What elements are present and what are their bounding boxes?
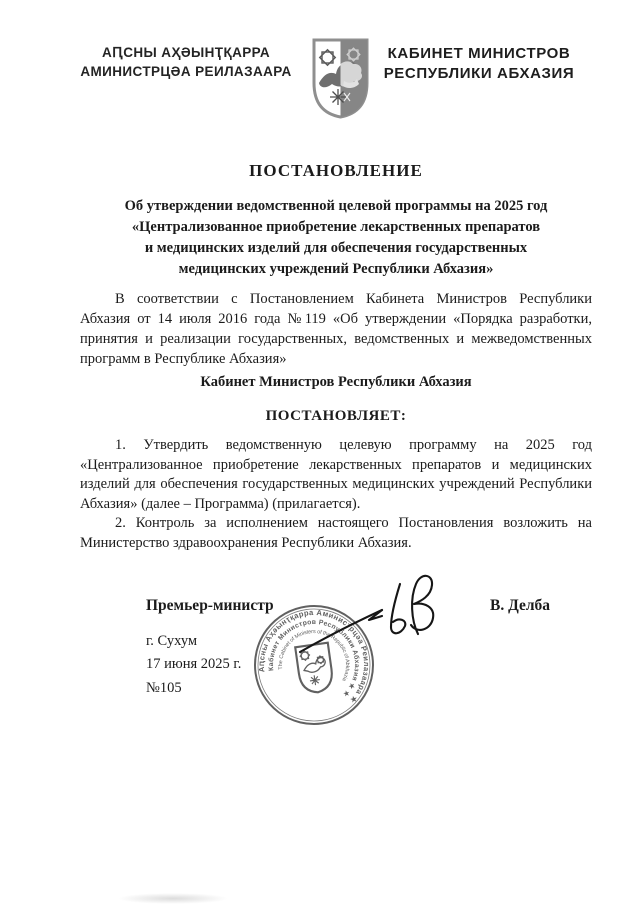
signature-date: 17 июня 2025 г.	[146, 656, 241, 673]
signatory-name: В. Делба	[490, 597, 550, 615]
decree-item-2: 2. Контроль за исполнением настоящего По…	[80, 514, 592, 553]
document-number: №105	[146, 680, 182, 697]
org-name-abkhaz-line2: АМИНИСТРЦӘА РЕИЛАЗААРА	[70, 62, 302, 81]
preamble-paragraph: В соответствии с Постановлением Кабинета…	[80, 289, 592, 369]
org-name-abkhaz: АԤСНЫ АҲӘЫНҬҚАРРА АМИНИСТРЦӘА РЕИЛАЗААРА	[70, 43, 302, 81]
authority-line: Кабинет Министров Республики Абхазия	[80, 372, 592, 392]
subject-line: «Централизованное приобретение лекарстве…	[80, 217, 592, 238]
document-type-title: ПОСТАНОВЛЕНИЕ	[80, 161, 592, 181]
subject-line: Об утверждении ведомственной целевой про…	[80, 196, 592, 217]
signature-scribble-icon	[248, 570, 448, 670]
org-name-russian: КАБИНЕТ МИНИСТРОВ РЕСПУБЛИКИ АБХАЗИЯ	[378, 44, 580, 83]
decree-page: АԤСНЫ АҲӘЫНҬҚАРРА АМИНИСТРЦӘА РЕИЛАЗААРА	[0, 0, 640, 905]
org-name-russian-line1: КАБИНЕТ МИНИСТРОВ	[378, 44, 580, 64]
scan-smudge	[118, 893, 228, 904]
org-name-abkhaz-line1: АԤСНЫ АҲӘЫНҬҚАРРА	[70, 43, 302, 62]
resolves-heading: ПОСТАНОВЛЯЕТ:	[80, 406, 592, 427]
subject-line: и медицинских изделий для обеспечения го…	[80, 238, 592, 259]
document-body: ПОСТАНОВЛЕНИЕ Об утверждении ведомственн…	[80, 161, 592, 553]
decree-items: 1. Утвердить ведомственную целевую прогр…	[80, 436, 592, 553]
document-subject: Об утверждении ведомственной целевой про…	[80, 196, 592, 280]
decree-item-1: 1. Утвердить ведомственную целевую прогр…	[80, 436, 592, 514]
signature-city: г. Сухум	[146, 633, 197, 650]
subject-line: медицинских учреждений Республики Абхази…	[80, 259, 592, 280]
org-name-russian-line2: РЕСПУБЛИКИ АБХАЗИЯ	[378, 64, 580, 84]
coat-of-arms-icon	[311, 37, 370, 125]
